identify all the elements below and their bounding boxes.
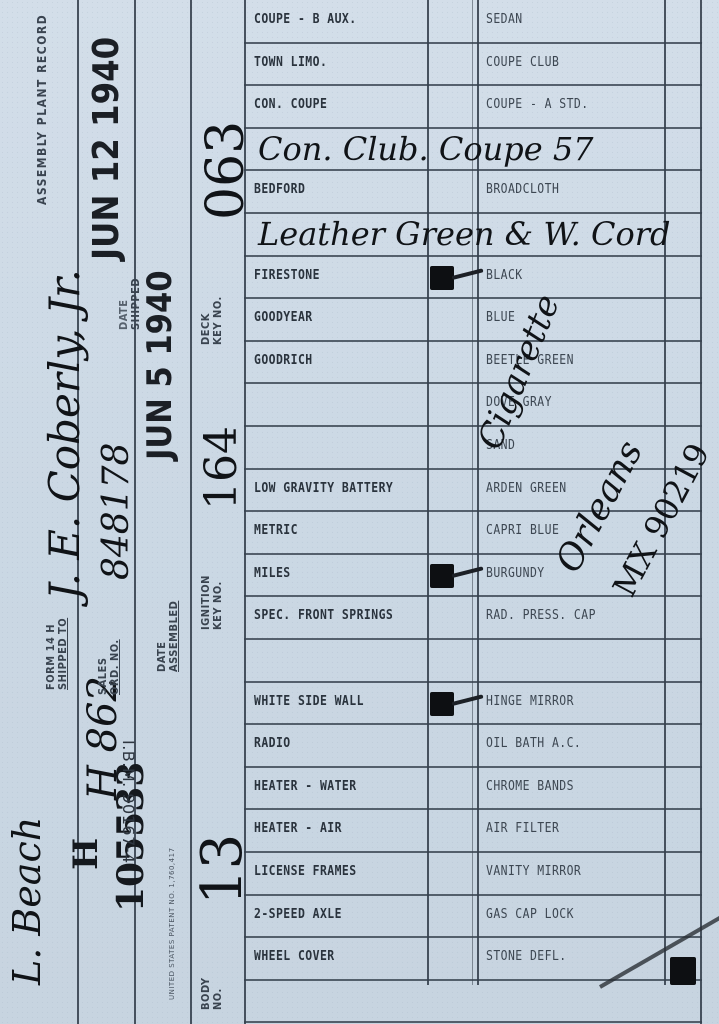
handwritten-entry: Leather Green & W. Cord (258, 215, 670, 253)
grid-row-line (244, 297, 702, 299)
option-label-left: CON. COUPE (254, 97, 327, 112)
option-label-right: BLACK (486, 268, 523, 283)
option-label-right: SEDAN (486, 12, 523, 27)
grid-row-line (244, 510, 702, 512)
dealer-signature: L. Beach (5, 817, 49, 985)
option-label-left: GOODRICH (254, 353, 313, 368)
checkbox-mark (430, 564, 454, 588)
option-label-left: HEATER - AIR (254, 821, 342, 836)
option-label-right: VANITY MIRROR (486, 864, 581, 879)
deck-key-value: 063 (196, 121, 256, 220)
grid-row-line (244, 212, 702, 214)
option-label-left: RADIO (254, 736, 291, 751)
grid-row-line (244, 340, 702, 342)
option-label-right: AIR FILTER (486, 821, 559, 836)
form-label: FORM 14 H SHIPPED TO (45, 618, 69, 690)
grid-row-line (244, 851, 702, 853)
grid-row-line (244, 681, 702, 683)
option-label-left: TOWN LIMO. (254, 55, 327, 70)
serial-prefix: H (66, 838, 106, 870)
grid-row-line (244, 382, 702, 384)
option-label-right: ARDEN GREEN (486, 481, 567, 496)
option-label-left: LICENSE FRAMES (254, 864, 357, 879)
option-label-right: COUPE - A STD. (486, 97, 589, 112)
option-label-right: HINGE MIRROR (486, 694, 574, 709)
checkbox-mark (430, 266, 454, 290)
ignition-key-value: 164 (196, 426, 247, 510)
grid-row-line (244, 808, 702, 810)
option-label-right: COUPE CLUB (486, 55, 559, 70)
ibm-number: I.B.M. 90167-4 (119, 740, 138, 864)
option-label-left: 2-SPEED AXLE (254, 907, 342, 922)
body-no-value: 13 (190, 834, 255, 905)
date-shipped-label: DATE SHIPPED (118, 278, 142, 330)
grid-row-line (244, 979, 702, 981)
handwritten-entry: Con. Club. Coupe 57 (258, 130, 594, 168)
grid-row-line (244, 255, 702, 257)
checkbox-mark (670, 957, 696, 985)
option-label-right: BURGUNDY (486, 566, 545, 581)
date-shipped-value: JUN 12 1940 (86, 37, 127, 260)
option-label-left: FIRESTONE (254, 268, 320, 283)
option-label-left: COUPE - B AUX. (254, 12, 357, 27)
deck-key-label: DECK KEY NO. (200, 296, 224, 345)
ignition-key-label: IGNITION KEY NO. (200, 575, 224, 630)
grid-row-line (244, 42, 702, 44)
shipped-to-value: J. E. Coberly, Jr. (40, 269, 89, 600)
option-label-right: BROADCLOTH (486, 182, 559, 197)
grid-row-line (244, 84, 702, 86)
option-label-left: WHEEL COVER (254, 949, 335, 964)
option-label-right: CAPRI BLUE (486, 523, 559, 538)
grid-row-line (244, 425, 702, 427)
option-label-left: METRIC (254, 523, 298, 538)
grid-row-line (244, 638, 702, 640)
grid-row-line (244, 127, 702, 129)
option-label-right: RAD. PRESS. CAP (486, 608, 596, 623)
grid-row-line (244, 936, 702, 938)
option-label-right: OIL BATH A.C. (486, 736, 581, 751)
grid-row-line (244, 894, 702, 896)
grid-row-line (244, 723, 702, 725)
document-title: ASSEMBLY PLANT RECORD (36, 14, 48, 205)
grid-row-line (244, 1021, 702, 1023)
option-label-left: LOW GRAVITY BATTERY (254, 481, 393, 496)
option-label-left: GOODYEAR (254, 310, 313, 325)
sales-order-value: 848178 (96, 443, 137, 580)
option-label-left: HEATER - WATER (254, 779, 357, 794)
option-label-left: MILES (254, 566, 291, 581)
checkbox-mark (430, 692, 454, 716)
option-label-right: CHROME BANDS (486, 779, 574, 794)
date-assembled-label: DATE ASSEMBLED (156, 601, 180, 672)
grid-row-line (244, 169, 702, 171)
patent-text: UNITED STATES PATENT NO. 1,760,417 (168, 847, 176, 1000)
body-no-label: BODY NO. (200, 977, 224, 1010)
option-label-right: BLUE (486, 310, 515, 325)
grid-row-line (244, 766, 702, 768)
date-assembled-value: JUN 5 1940 (140, 270, 180, 460)
option-label-left: SPEC. FRONT SPRINGS (254, 608, 393, 623)
record-card: COUPE - B AUX.SEDANTOWN LIMO.COUPE CLUBC… (0, 0, 719, 1024)
option-label-right: GAS CAP LOCK (486, 907, 574, 922)
option-label-right: STONE DEFL. (486, 949, 567, 964)
shipped-to-label: SHIPPED TO (57, 618, 69, 690)
option-label-left: BEDFORD (254, 182, 305, 197)
option-label-left: WHITE SIDE WALL (254, 694, 364, 709)
sales-order-label: SALES ORD. NO. (97, 639, 121, 695)
